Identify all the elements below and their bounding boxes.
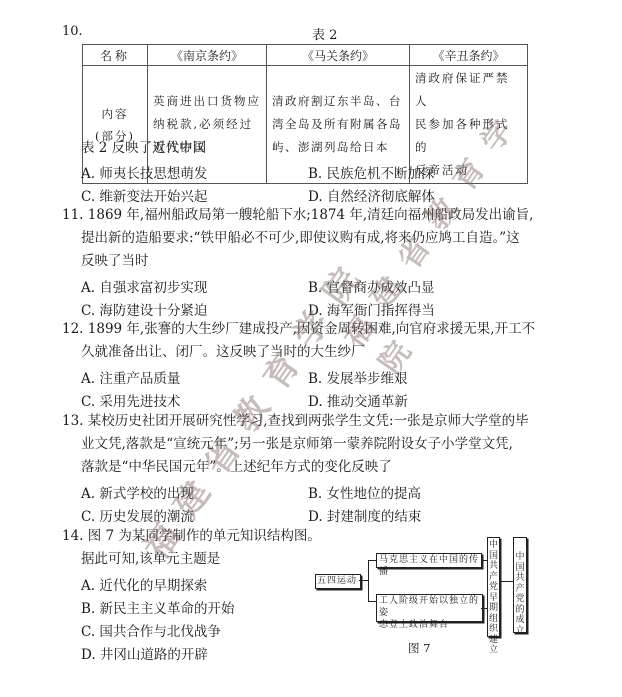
- q11-option-b[interactable]: B. 官督商办成效凸显: [308, 276, 435, 296]
- question-13-line-2: 业文凭,落款是“宣统元年”;另一张是京师第一蒙养院附设女子小学堂文凭,: [81, 436, 513, 452]
- table-header-xinchou: 《辛丑条约》: [410, 45, 528, 66]
- diagram-node-cpc-founding: 中国共产党的成立: [513, 537, 527, 633]
- q12-option-c[interactable]: C. 采用先进技术: [81, 390, 180, 410]
- node-text-line: 态登上政治舞台: [379, 619, 480, 631]
- q14-option-b[interactable]: B. 新民主主义革命的开始: [81, 597, 235, 617]
- table-header-name: 名称: [83, 45, 148, 66]
- q11-option-d[interactable]: D. 海军衙门指挥得当: [308, 299, 435, 319]
- diagram-node-early-organization: 中国共产党早期组织建立: [487, 537, 500, 637]
- cell-line: 纳税款,必须经过: [153, 113, 261, 136]
- question-12-line-2: 久就准备出让、闭厂。这反映了当时的大生纱厂: [81, 344, 365, 360]
- q13-option-d[interactable]: D. 封建制度的结束: [308, 505, 421, 525]
- cell-line: 英商进出口货物应: [153, 90, 261, 113]
- question-10-stem: 表 2 反映了近代中国: [81, 140, 206, 156]
- cell-line: 清政府保证严禁人: [415, 67, 522, 113]
- connector-line: [368, 560, 376, 561]
- diagram-node-marxism: 马克思主义在中国的传播: [376, 553, 482, 568]
- q14-option-c[interactable]: C. 国共合作与北伐战争: [81, 620, 221, 640]
- q11-option-c[interactable]: C. 海防建设十分紧迫: [81, 299, 207, 319]
- row-head-line-1: 内容: [87, 103, 143, 125]
- q10-option-b[interactable]: B. 民族危机不断加深: [308, 162, 435, 182]
- node-text-line: 工人阶级开始以独立的姿: [379, 595, 480, 619]
- table-header-nanjing: 《南京条约》: [148, 45, 267, 66]
- figure-caption: 图 7: [408, 640, 430, 656]
- question-11-line-3: 反映了当时: [81, 253, 149, 269]
- q14-option-a[interactable]: A. 近代化的早期探索: [81, 574, 207, 594]
- q12-option-d[interactable]: D. 推动交通革新: [308, 390, 408, 410]
- connector-line: [501, 581, 513, 582]
- question-11-line-2: 提出新的造船要求:“铁甲船必不可少,即使议购有成,将来仍应鸠工自造。”这: [81, 230, 520, 246]
- q10-option-c[interactable]: C. 维新变法开始兴起: [81, 185, 207, 205]
- table-caption: 表 2: [312, 24, 337, 43]
- question-12-line-1: 12. 1899 年,张謇的大生纱厂建成投产,因资金周转困难,向官府求援无果,开…: [62, 321, 535, 337]
- q12-option-a[interactable]: A. 注重产品质量: [81, 367, 180, 387]
- q14-option-d[interactable]: D. 井冈山道路的开辟: [81, 643, 208, 663]
- table-header-row: 名称 《南京条约》 《马关条约》 《辛丑条约》: [83, 45, 528, 66]
- diagram-node-root: 五四运动: [315, 574, 361, 589]
- cell-line: 湾全岛及所有附属各岛: [272, 113, 404, 136]
- q10-option-d[interactable]: D. 自然经济彻底解体: [308, 185, 435, 205]
- question-14-line-2: 据此可知,该单元主题是: [81, 551, 220, 567]
- q12-option-b[interactable]: B. 发展举步维艰: [308, 367, 408, 387]
- connector-line: [368, 560, 369, 602]
- connector-line: [368, 601, 376, 602]
- q10-option-a[interactable]: A. 师夷长技思想萌发: [81, 162, 207, 182]
- cell-line: 民参加各种形式的: [415, 113, 522, 159]
- q13-option-c[interactable]: C. 历史发展的潮流: [81, 505, 194, 525]
- cell-line: 屿、澎湖列岛给日本: [272, 136, 404, 159]
- diagram-node-working-class: 工人阶级开始以独立的姿 态登上政治舞台: [376, 594, 483, 622]
- question-13-line-1: 13. 某校历史社团开展研究性学习,查找到两张学生文凭:一张是京师大学堂的毕: [62, 413, 529, 429]
- q11-option-a[interactable]: A. 自强求富初步实现: [81, 276, 207, 296]
- question-14-line-1: 14. 图 7 为某同学制作的单元知识结构图。: [62, 528, 321, 544]
- cell-line: 清政府割辽东半岛、台: [272, 90, 404, 113]
- q13-option-b[interactable]: B. 女性地位的提高: [308, 482, 421, 502]
- question-10-number: 10.: [62, 24, 83, 39]
- q13-option-a[interactable]: A. 新式学校的出现: [81, 482, 194, 502]
- question-11-line-1: 11. 1869 年,福州船政局第一艘轮船下水;1874 年,清廷向福州船政局发…: [62, 207, 533, 223]
- table-header-maguan: 《马关条约》: [267, 45, 410, 66]
- question-13-line-3: 落款是“中华民国元年”。上述纪年方式的变化反映了: [81, 459, 392, 475]
